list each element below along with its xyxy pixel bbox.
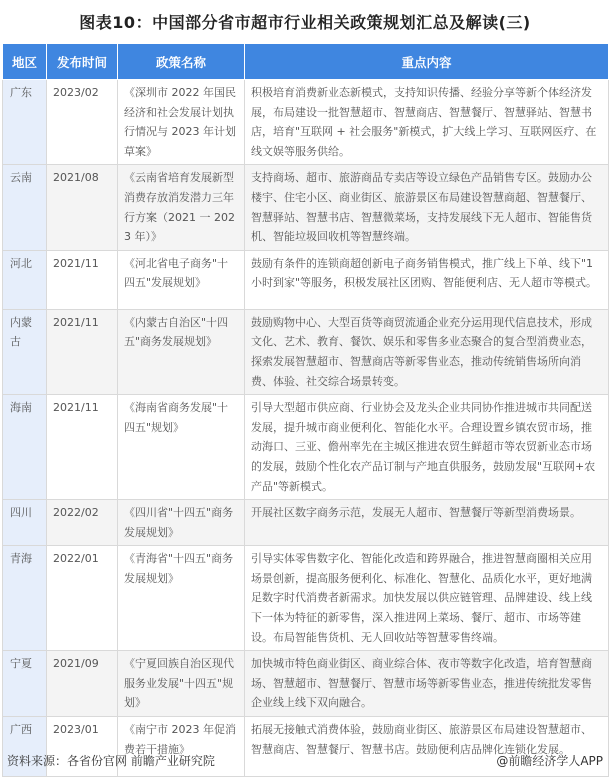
region-cell: 广东 — [3, 80, 47, 165]
header-date: 发布时间 — [47, 44, 118, 80]
table-row: 云南 2021/08 《云南省培育发展新型消费存放消发潜力三年行方案（2021 … — [3, 165, 609, 250]
date-cell: 2022/02 — [47, 500, 118, 546]
content-cell: 引导实体零售数字化、智能化改造和跨界融合，推进智慧商圈相关应用场景创新，提高服务… — [245, 546, 609, 651]
region-cell: 四川 — [3, 500, 47, 546]
content-cell: 鼓励有条件的连锁商超创新电子商务销售模式，推广线上下单、线下"1 小时到家"等服… — [245, 250, 609, 309]
content-cell: 加快城市特色商业街区、商业综合体、夜市等数字化改造，培育智慧商场、智慧超市、智慧… — [245, 651, 609, 717]
region-cell: 海南 — [3, 395, 47, 500]
footer: 资料来源：各省份官网 前瞻产业研究院 @前瞻经济学人APP — [7, 752, 603, 769]
date-cell: 2023/02 — [47, 80, 118, 165]
date-cell: 2021/08 — [47, 165, 118, 250]
header-key-content: 重点内容 — [245, 44, 609, 80]
policy-name-cell: 《宁夏回族自治区现代服务业发展"十四五"规划》 — [118, 651, 245, 717]
policy-name-cell: 《四川省"十四五"商务发展规划》 — [118, 500, 245, 546]
table-row: 广东 2023/02 《深圳市 2022 年国民经济和社会发展计划执行情况与 2… — [3, 80, 609, 165]
table-row: 宁夏 2021/09 《宁夏回族自治区现代服务业发展"十四五"规划》 加快城市特… — [3, 651, 609, 717]
content-cell: 积极培育消费新业态新模式，支持知识传播、经验分享等新个体经济发展，布局建设一批智… — [245, 80, 609, 165]
policy-name-cell: 《河北省电子商务"十四五"发展规划》 — [118, 250, 245, 309]
policy-name-cell: 《云南省培育发展新型消费存放消发潜力三年行方案（2021 一 2023 年）》 — [118, 165, 245, 250]
content-cell: 开展社区数字商务示范，发展无人超市、智慧餐厅等新型消费场景。 — [245, 500, 609, 546]
region-cell: 青海 — [3, 546, 47, 651]
header-region: 地区 — [3, 44, 47, 80]
credit-note: @前瞻经济学人APP — [496, 752, 603, 769]
region-cell: 云南 — [3, 165, 47, 250]
source-note: 资料来源：各省份官网 前瞻产业研究院 — [7, 752, 215, 769]
page-title: 图表10：中国部分省市超市行业相关政策规划汇总及解读(三) — [0, 10, 610, 33]
table-header-row: 地区 发布时间 政策名称 重点内容 — [3, 44, 609, 80]
date-cell: 2021/11 — [47, 309, 118, 394]
date-cell: 2021/09 — [47, 651, 118, 717]
policy-name-cell: 《海南省商务发展"十四五"规划》 — [118, 395, 245, 500]
content-cell: 引导大型超市供应商、行业协会及龙头企业共同协作推进城市共同配送发展，提升城市商业… — [245, 395, 609, 500]
policy-name-cell: 《内蒙古自治区"十四五"商务发展规划》 — [118, 309, 245, 394]
table-row: 四川 2022/02 《四川省"十四五"商务发展规划》 开展社区数字商务示范，发… — [3, 500, 609, 546]
region-cell: 河北 — [3, 250, 47, 309]
table-row: 内蒙古 2021/11 《内蒙古自治区"十四五"商务发展规划》 鼓励购物中心、大… — [3, 309, 609, 394]
policy-name-cell: 《深圳市 2022 年国民经济和社会发展计划执行情况与 2023 年计划草案》 — [118, 80, 245, 165]
table-row: 河北 2021/11 《河北省电子商务"十四五"发展规划》 鼓励有条件的连锁商超… — [3, 250, 609, 309]
date-cell: 2022/01 — [47, 546, 118, 651]
policy-table: 地区 发布时间 政策名称 重点内容 广东 2023/02 《深圳市 2022 年… — [2, 43, 609, 777]
table-row: 青海 2022/01 《青海省"十四五"商务发展规划》 引导实体零售数字化、智能… — [3, 546, 609, 651]
policy-name-cell: 《青海省"十四五"商务发展规划》 — [118, 546, 245, 651]
region-cell: 内蒙古 — [3, 309, 47, 394]
content-cell: 支持商场、超市、旅游商品专卖店等设立绿色产品销售专区。鼓励办公楼宇、住宅小区、商… — [245, 165, 609, 250]
header-policy-name: 政策名称 — [118, 44, 245, 80]
date-cell: 2021/11 — [47, 250, 118, 309]
table-row: 海南 2021/11 《海南省商务发展"十四五"规划》 引导大型超市供应商、行业… — [3, 395, 609, 500]
region-cell: 宁夏 — [3, 651, 47, 717]
content-cell: 鼓励购物中心、大型百货等商贸流通企业充分运用现代信息技术，形成文化、艺术、教育、… — [245, 309, 609, 394]
date-cell: 2021/11 — [47, 395, 118, 500]
